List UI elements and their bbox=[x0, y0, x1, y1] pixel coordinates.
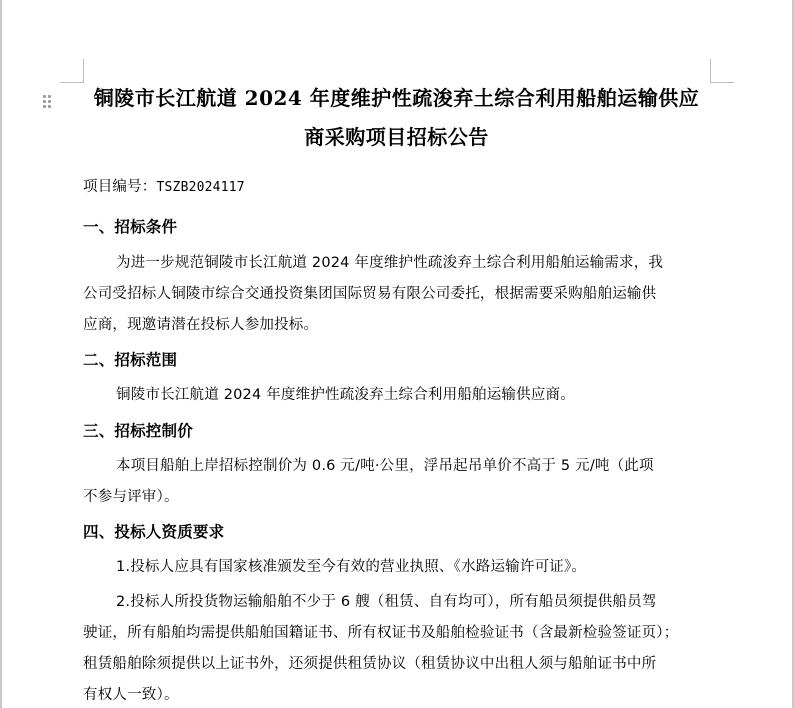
document-title-line-2: 商采购项目招标公告 bbox=[83, 125, 710, 149]
project-number: 项目编号：TSZB2024117 bbox=[83, 177, 723, 198]
paragraph-drag-handle-icon[interactable] bbox=[43, 95, 51, 109]
section-1-line-2: 公司受招标人铜陵市综合交通投资集团国际贸易有限公司委托，根据需要采购船舶运输供 bbox=[83, 284, 723, 304]
project-number-value: TSZB2024117 bbox=[157, 180, 245, 195]
section-2-line-1: 铜陵市长江航道 2024 年度维护性疏浚弃土综合利用船舶运输供应商。 bbox=[116, 385, 756, 405]
section-4-line-2: 2.投标人所投货物运输船舶不少于 6 艘（租赁、自有均可），所有船员须提供船员驾 bbox=[116, 592, 756, 612]
section-4-line-3: 驶证，所有船舶均需提供船舶国籍证书、所有权证书及船舶检验证书（含最新检验签证页）… bbox=[83, 623, 723, 643]
section-3-line-1: 本项目船舶上岸招标控制价为 0.6 元/吨·公里，浮吊起吊单价不高于 5 元/吨… bbox=[116, 456, 756, 476]
margin-corner-mark-top-left bbox=[60, 59, 84, 83]
section-4-line-4: 租赁船舶除须提供以上证书外，还须提供租赁协议（租赁协议中出租人须与船舶证书中所 bbox=[83, 654, 723, 674]
project-number-label: 项目编号： bbox=[83, 179, 157, 195]
section-1-line-3: 应商，现邀请潜在投标人参加投标。 bbox=[83, 315, 723, 335]
section-1-line-1: 为进一步规范铜陵市长江航道 2024 年度维护性疏浚弃土综合利用船舶运输需求，我 bbox=[116, 253, 756, 273]
section-heading-1: 一、招标条件 bbox=[83, 217, 723, 237]
document-title-line-1: 铜陵市长江航道 2024 年度维护性疏浚弃土综合利用船舶运输供应 bbox=[83, 86, 710, 110]
section-heading-2: 二、招标范围 bbox=[83, 350, 723, 370]
section-4-line-5: 有权人一致）。 bbox=[83, 685, 723, 705]
section-4-line-1: 1.投标人应具有国家核准颁发至今有效的营业执照、《水路运输许可证》。 bbox=[116, 557, 756, 577]
margin-corner-mark-top-right bbox=[710, 59, 734, 83]
page-left-edge bbox=[0, 0, 2, 708]
section-heading-4: 四、投标人资质要求 bbox=[83, 522, 723, 542]
section-heading-3: 三、招标控制价 bbox=[83, 421, 723, 441]
section-3-line-2: 不参与评审）。 bbox=[83, 487, 723, 507]
